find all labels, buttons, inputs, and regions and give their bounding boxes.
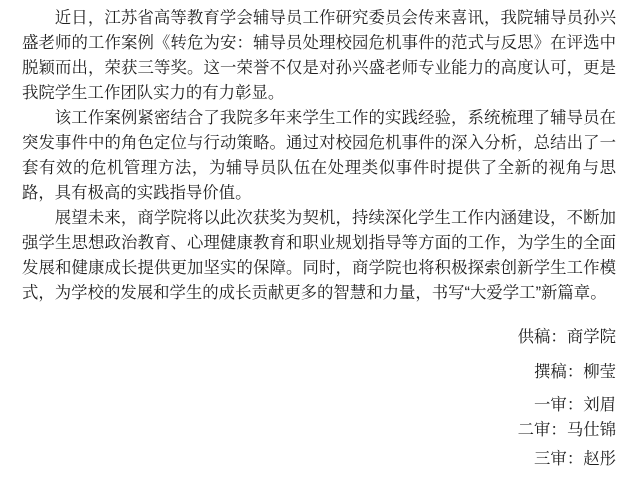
credit-first-reviewer: 一审：刘眉 <box>22 393 616 418</box>
article-page: 近日，江苏省高等教育学会辅导员工作研究委员会传来喜讯，我院辅导员孙兴盛老师的工作… <box>0 0 638 482</box>
credit-contributor: 供稿：商学院 <box>22 325 616 350</box>
article-paragraph-case-summary: 该工作案例紧密结合了我院多年来学生工作的实践经验，系统梳理了辅导员在突发事件中的… <box>22 106 616 206</box>
credits-block: 供稿：商学院 撰稿：柳莹 一审：刘眉 二审：马仕锦 三审：赵彤 <box>22 325 616 472</box>
article-paragraph-outlook: 展望未来，商学院将以此次获奖为契机，持续深化学生工作内涵建设，不断加强学生思想政… <box>22 206 616 306</box>
article-paragraph-award-news: 近日，江苏省高等教育学会辅导员工作研究委员会传来喜讯，我院辅导员孙兴盛老师的工作… <box>22 6 616 106</box>
credit-writer: 撰稿：柳莹 <box>22 360 616 385</box>
credit-third-reviewer: 三审：赵彤 <box>22 447 616 472</box>
credit-second-reviewer: 二审：马仕锦 <box>22 418 616 443</box>
